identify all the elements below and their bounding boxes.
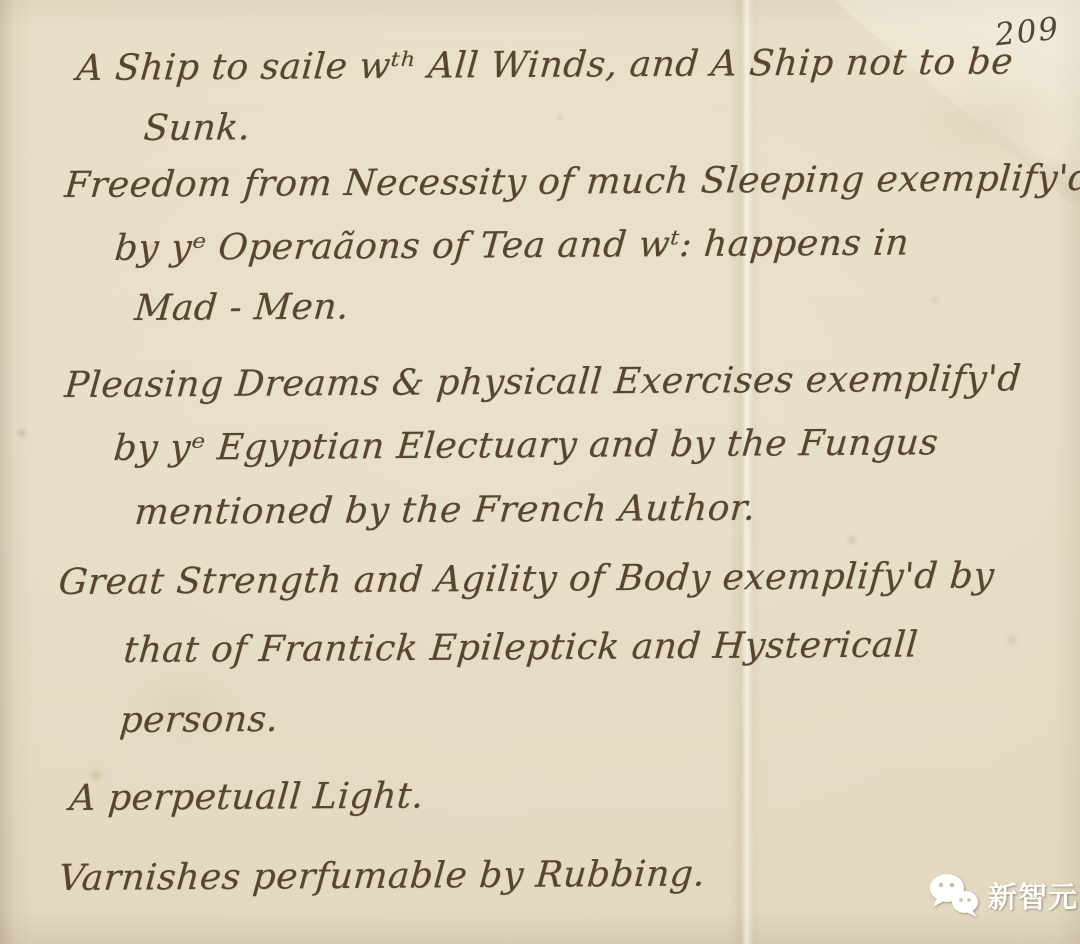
watermark-label: 新智元 [988,875,1078,916]
manuscript-line: mentioned by the French Author. [133,488,757,533]
manuscript-line: Freedom from Necessity of much Sleeping … [63,158,1080,206]
manuscript-line: Varnishes perfumable by Rubbing. [57,853,707,899]
manuscript-page: 209 A Ship to saile wᵗʰ All Winds, and A… [0,0,1080,944]
manuscript-line: persons. [118,699,280,741]
manuscript-line: Sunk. [142,107,252,149]
manuscript-line: by yᵉ Operaãons of Tea and wᵗ: happens i… [113,222,911,269]
manuscript-line: A perpetuall Light. [68,776,426,819]
wechat-icon [928,872,980,918]
manuscript-line: that of Frantick Epileptick and Hysteric… [122,624,920,671]
manuscript-line: A Ship to saile wᵗʰ All Winds, and A Shi… [75,41,1015,89]
manuscript-line: Great Strength and Agility of Body exemp… [57,555,996,603]
watermark: 新智元 [928,872,1078,918]
manuscript-line: Pleasing Dreams & physicall Exercises ex… [63,358,1023,406]
manuscript-line: by yᵉ Egyptian Electuary and by the Fung… [112,422,940,469]
manuscript-line: Mad - Men. [133,287,351,329]
